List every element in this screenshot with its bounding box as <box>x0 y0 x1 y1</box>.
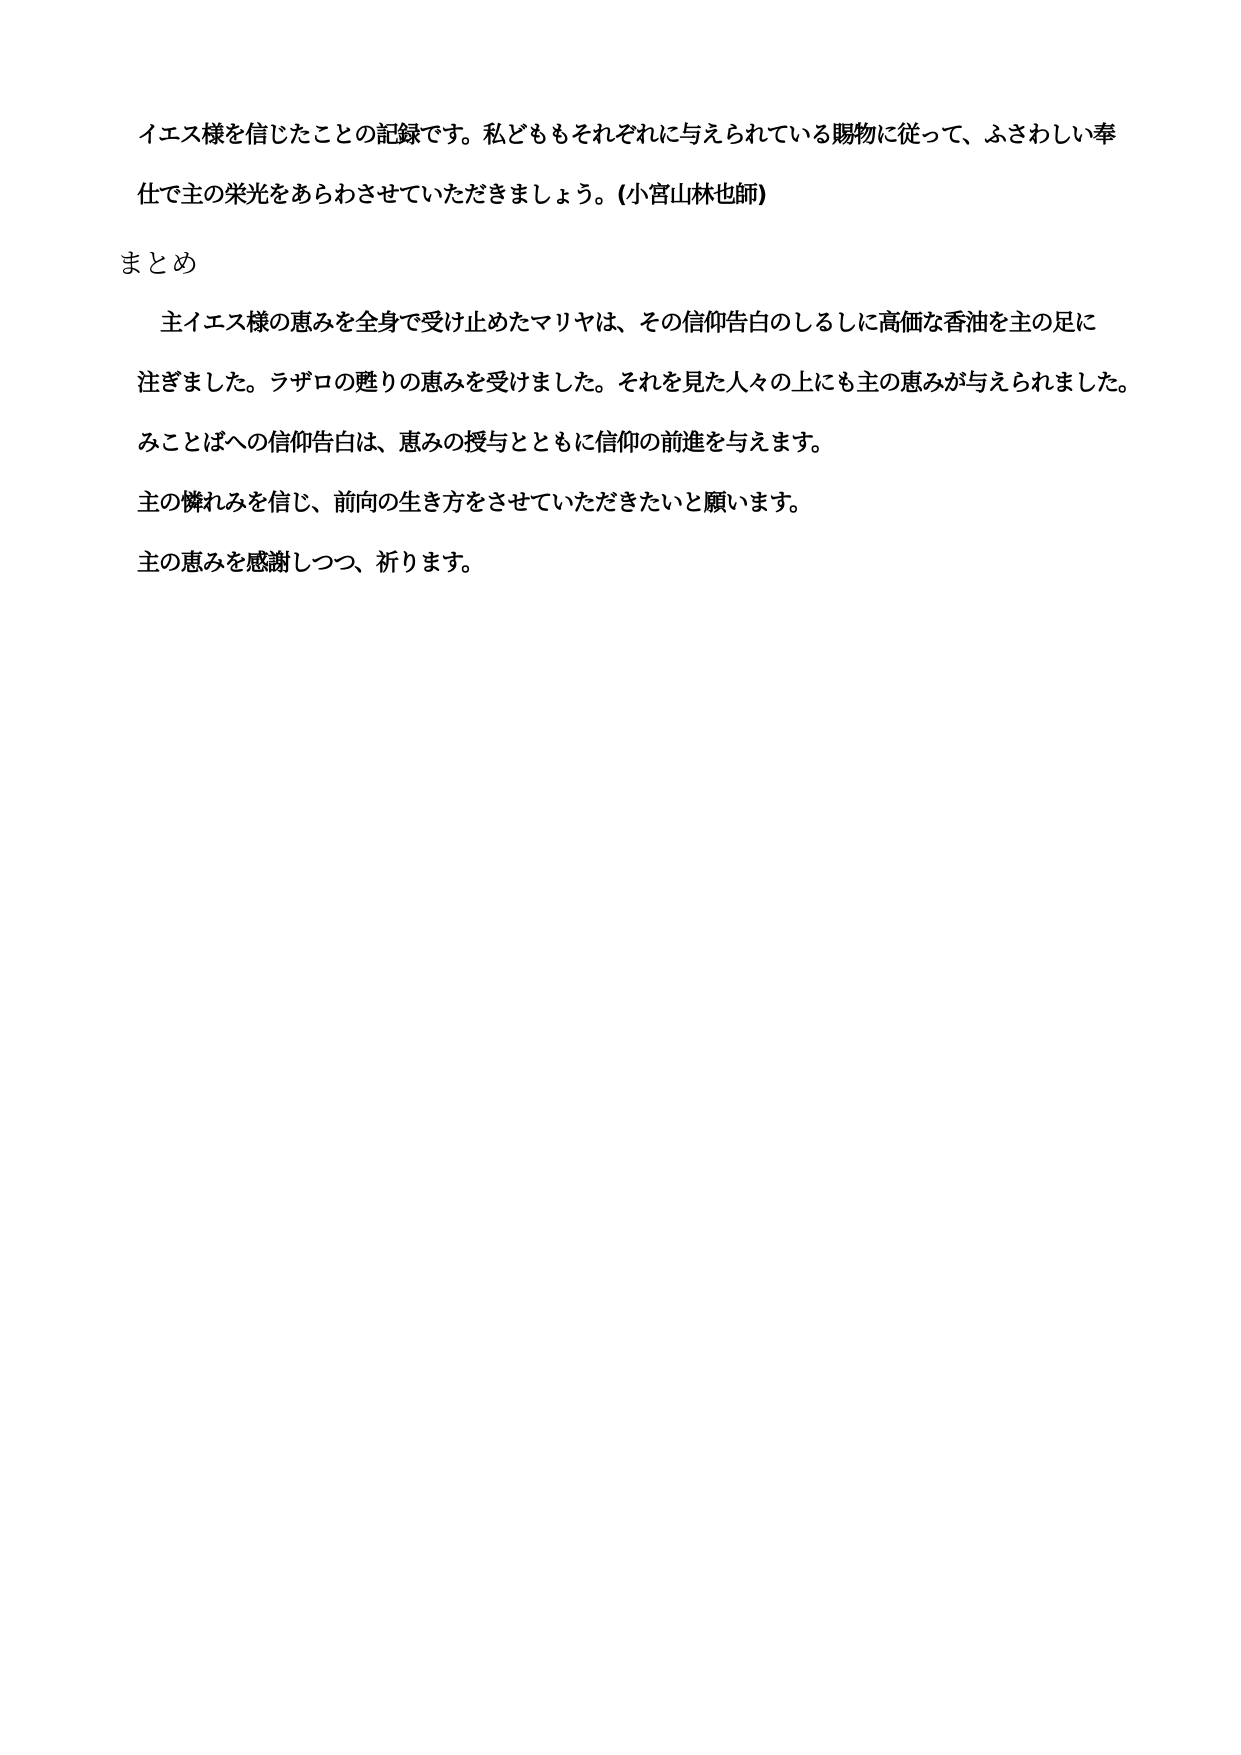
intro-paragraph-line-1: イエス様を信じたことの記録です。私どももそれぞれに与えられている賜物に従って、ふ… <box>137 120 1115 150</box>
summary-line-4: 主の憐れみを信じ、前向の生き方をさせていただきたいと願います。 <box>137 488 811 518</box>
section-heading-summary: まとめ <box>117 248 198 282</box>
summary-line-3: みことばへの信仰告白は、恵みの授与とともに信仰の前進を与えます。 <box>137 428 833 458</box>
document-page: イエス様を信じたことの記録です。私どももそれぞれに与えられている賜物に従って、ふ… <box>0 0 1241 1755</box>
summary-line-5: 主の恵みを感謝しつつ、祈ります。 <box>137 548 483 578</box>
summary-line-1: 主イエス様の恵みを全身で受け止めたマリヤは、その信仰告白のしるしに高価な香油を主… <box>160 308 1096 338</box>
intro-paragraph-line-2: 仕で主の栄光をあらわさせていただきましょう。(小宮山林也師) <box>137 180 766 210</box>
summary-line-2: 注ぎました。ラザロの甦りの恵みを受けました。それを見た人々の上にも主の恵みが与え… <box>137 368 1140 398</box>
